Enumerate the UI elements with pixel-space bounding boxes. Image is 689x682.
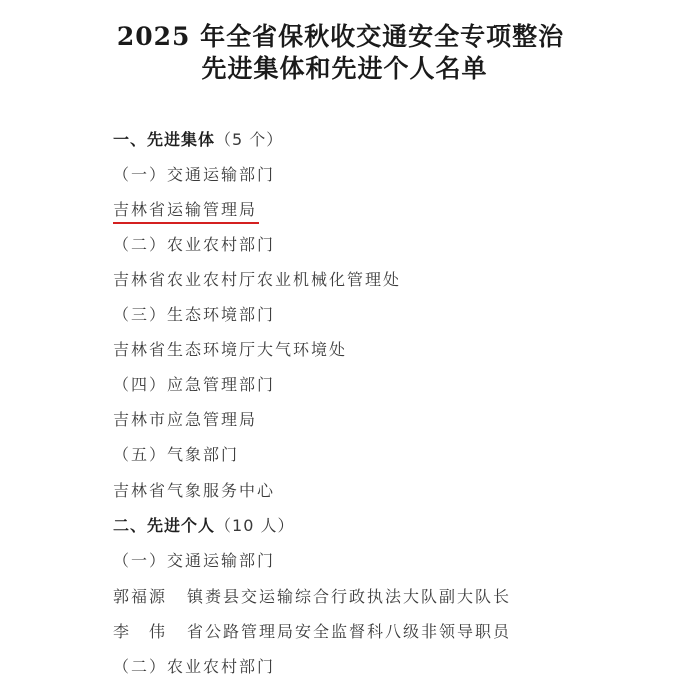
section-heading-collectives: 一、先进集体（5 个） xyxy=(113,129,283,151)
entry-air-environment-office: 吉林省生态环境厅大气环境处 xyxy=(113,339,347,361)
section-heading-label: 二、先进个人 xyxy=(113,516,215,535)
person-name: 李伟 xyxy=(113,621,187,643)
group-label-emergency: （四）应急管理部门 xyxy=(113,374,275,396)
entry-agri-mechanization-office: 吉林省农业农村厅农业机械化管理处 xyxy=(113,269,401,291)
group-label-transport-individuals: （一）交通运输部门 xyxy=(113,550,275,572)
section-count: （10 人） xyxy=(215,516,294,535)
section-count: （5 个） xyxy=(215,130,283,149)
person-name: 郭福源 xyxy=(113,586,187,608)
red-underline-highlight xyxy=(113,222,259,224)
entry-jilin-city-emergency-bureau: 吉林市应急管理局 xyxy=(113,409,257,431)
group-label-meteorology: （五）气象部门 xyxy=(113,444,239,466)
group-label-transport: （一）交通运输部门 xyxy=(113,164,275,186)
section-heading-individuals: 二、先进个人（10 人） xyxy=(113,515,294,537)
person-title: 省公路管理局安全监督科八级非领导职员 xyxy=(187,622,511,641)
document-title-line-2: 先进集体和先进个人名单 xyxy=(0,54,689,84)
entry-jilin-transport-management-bureau: 吉林省运输管理局 xyxy=(113,199,257,221)
entry-meteorological-service-center: 吉林省气象服务中心 xyxy=(113,480,275,502)
group-label-agriculture-individuals: （二）农业农村部门 xyxy=(113,656,275,678)
group-label-ecology: （三）生态环境部门 xyxy=(113,304,275,326)
document-title-line-1: 2025 年全省保秋收交通安全专项整治 xyxy=(0,22,685,52)
person-title: 镇赉县交运输综合行政执法大队副大队长 xyxy=(187,587,511,606)
person-row: 李伟省公路管理局安全监督科八级非领导职员 xyxy=(113,621,511,643)
person-row: 郭福源镇赉县交运输综合行政执法大队副大队长 xyxy=(113,586,511,608)
group-label-agriculture: （二）农业农村部门 xyxy=(113,234,275,256)
section-heading-label: 一、先进集体 xyxy=(113,130,215,149)
